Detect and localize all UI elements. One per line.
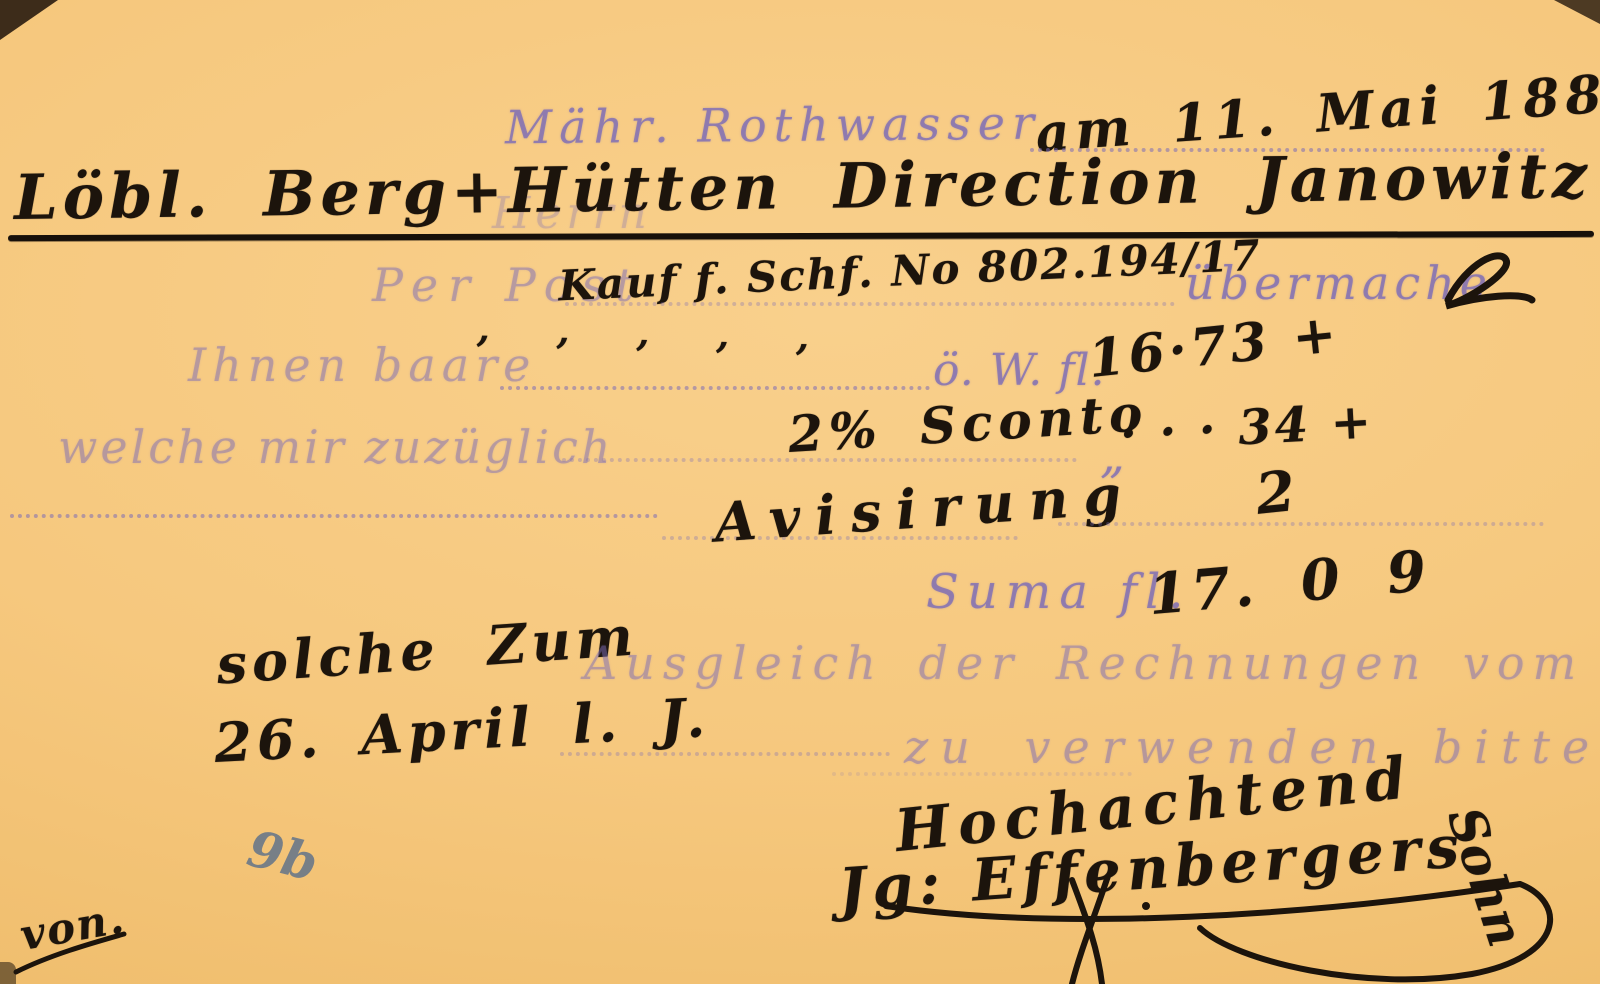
handwritten-avis-value: 2 [1253, 458, 1299, 528]
sconto-dotted-rule [562, 458, 1077, 462]
corner-ink-mark: von. [17, 893, 129, 960]
post-dotted-rule [565, 302, 1175, 306]
handwritten-address: Löbl. Berg+Hütten Direction Janowitz [14, 139, 1593, 234]
printed-uebermache-label: übermache [1185, 256, 1492, 310]
invoice-date-dotted-rule [560, 752, 890, 756]
handwritten-invoice-date: 26. April l. J. [213, 685, 712, 775]
closing-faint-rule [832, 772, 1132, 776]
handwritten-sconto: 2% Sconto [787, 383, 1150, 464]
corner-blemish-bottom-left [0, 962, 16, 984]
handwritten-ink-ticks: ’ ’ ’ ’ ’ [474, 328, 808, 384]
pencil-number-annotation: 9b [242, 818, 324, 892]
amount-dotted-rule [500, 386, 930, 390]
handwritten-amount-34: · · · 34 + [1119, 393, 1376, 462]
printed-place-label: Mähr. Rothwasser [505, 96, 1041, 155]
corner-blemish-top-left [0, 0, 58, 40]
handwritten-insert-solche-zum: solche Zum [214, 603, 639, 696]
handwritten-avisirung: Avisirung [712, 461, 1138, 554]
handwritten-post-reference: Kauf f. Schf. No 802.194/17 [557, 231, 1262, 311]
handwritten-suma-value: 17. 0 9 [1146, 538, 1433, 628]
address-underline [8, 231, 1594, 241]
handwritten-amount-1673: 16·73 + [1086, 303, 1344, 390]
printed-zuzueglich-label: welche mir zuzüglich [58, 420, 613, 474]
corner-blemish-top-right [1554, 0, 1600, 24]
printed-ausgleich-label: Ausgleich der Rechnungen vom [584, 636, 1584, 690]
avis-dotted-rule-left [10, 514, 658, 518]
scanned-card: Mähr. Rothwasser am 11. Mai 1889 Herrn L… [0, 0, 1600, 984]
suma-top-rule [1058, 522, 1544, 526]
